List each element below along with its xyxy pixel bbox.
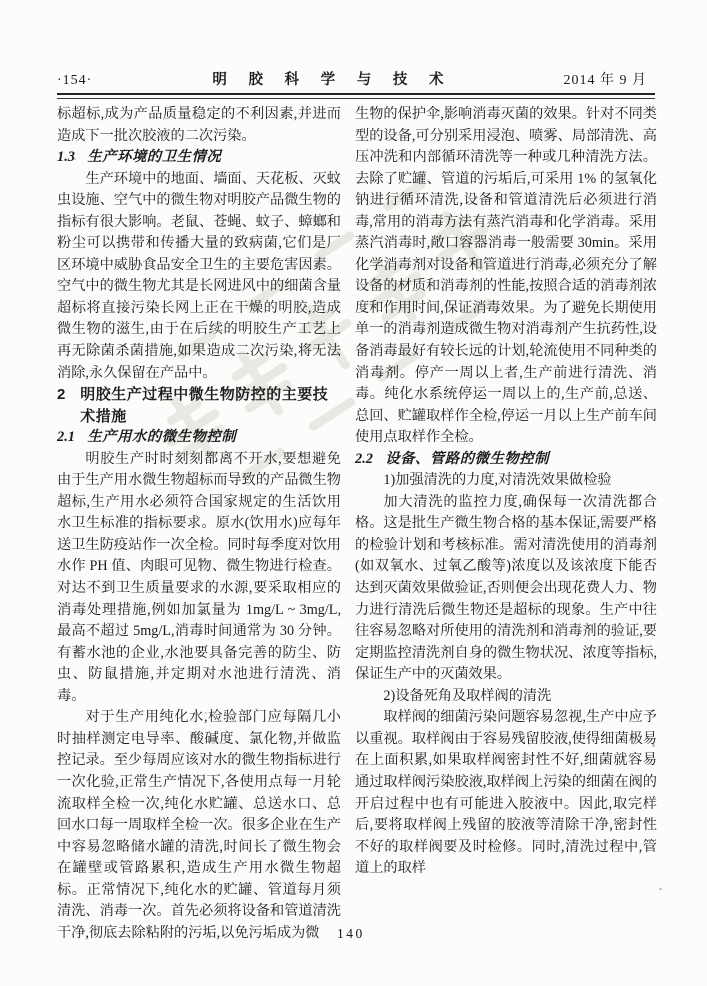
header-page-number: ·154·: [57, 73, 92, 89]
journal-title: 明 胶 科 学 与 技 术: [203, 68, 452, 89]
section-heading-2-1: 2.1生产用水的微生物控制: [57, 427, 341, 449]
section-number: 2.2: [355, 449, 373, 471]
paragraph-continued: 标超标,成为产品质量稳定的不利因素,并进而造成下一批次胶液的二次污染。: [57, 104, 341, 147]
page-header: ·154· 明 胶 科 学 与 技 术 2014 年 9 月: [57, 68, 647, 89]
scan-speck: [73, 158, 76, 160]
paragraph: 明胶生产时时刻刻都离不开水,要想避免由于生产用水微生物超标而导致的产品微生物超标…: [57, 449, 341, 708]
journal-page: ·154· 明 胶 科 学 与 技 术 2014 年 9 月 标超标,成为产品质…: [0, 0, 707, 986]
section-title: 生产用水的微生物控制: [87, 427, 236, 449]
page-footer: 140: [337, 926, 365, 942]
issue-date: 2014 年 9 月: [564, 69, 648, 89]
left-column: 标超标,成为产品质量稳定的不利因素,并进而造成下一批次胶液的二次污染。 1.3生…: [57, 104, 341, 944]
section-heading-2: 2明胶生产过程中微生物防控的主要技术措施: [57, 384, 341, 427]
section-title: 明胶生产过程中微生物防控的主要技术措施: [80, 384, 341, 427]
header-double-rule: [57, 93, 655, 99]
section-title: 生产环境的卫生情况: [87, 147, 221, 169]
paragraph: 加大清洗的监控力度,确保每一次清洗都合格。这是批生产微生物合格的基本保证,需要严…: [355, 492, 657, 686]
article-body: 标超标,成为产品质量稳定的不利因素,并进而造成下一批次胶液的二次污染。 1.3生…: [57, 104, 657, 944]
list-item: 1)加强清洗的力度,对清洗效果做检验: [355, 470, 657, 492]
scan-speck: [205, 712, 207, 714]
section-heading-1-3: 1.3生产环境的卫生情况: [57, 147, 341, 169]
section-number: 2: [57, 384, 80, 427]
paragraph: 对于生产用纯化水,检验部门应每隔几小时抽样测定电导率、酸碱度、氯化物,并做监控记…: [57, 707, 341, 944]
section-title: 设备、管路的微生物控制: [385, 449, 549, 471]
footer-page-number: 140: [337, 926, 365, 941]
scan-speck: [652, 744, 655, 747]
section-heading-2-2: 2.2设备、管路的微生物控制: [355, 449, 657, 471]
right-column: 生物的保护伞,影响消毒灭菌的效果。针对不同类型的设备,可分别采用浸泡、喷雾、局部…: [355, 104, 657, 944]
paragraph: 取样阀的细菌污染问题容易忽视,生产中应予以重视。取样阀由于容易残留胶液,使得细菌…: [355, 707, 657, 879]
section-number: 2.1: [57, 427, 75, 449]
list-item: 2)设备死角及取样阀的清洗: [355, 686, 657, 708]
scan-speck: [659, 888, 662, 890]
paragraph-continued: 生物的保护伞,影响消毒灭菌的效果。针对不同类型的设备,可分别采用浸泡、喷雾、局部…: [355, 104, 657, 449]
paragraph: 生产环境中的地面、墙面、天花板、灭蚊虫设施、空气中的微生物对明胶产品微生物的指标…: [57, 169, 341, 384]
